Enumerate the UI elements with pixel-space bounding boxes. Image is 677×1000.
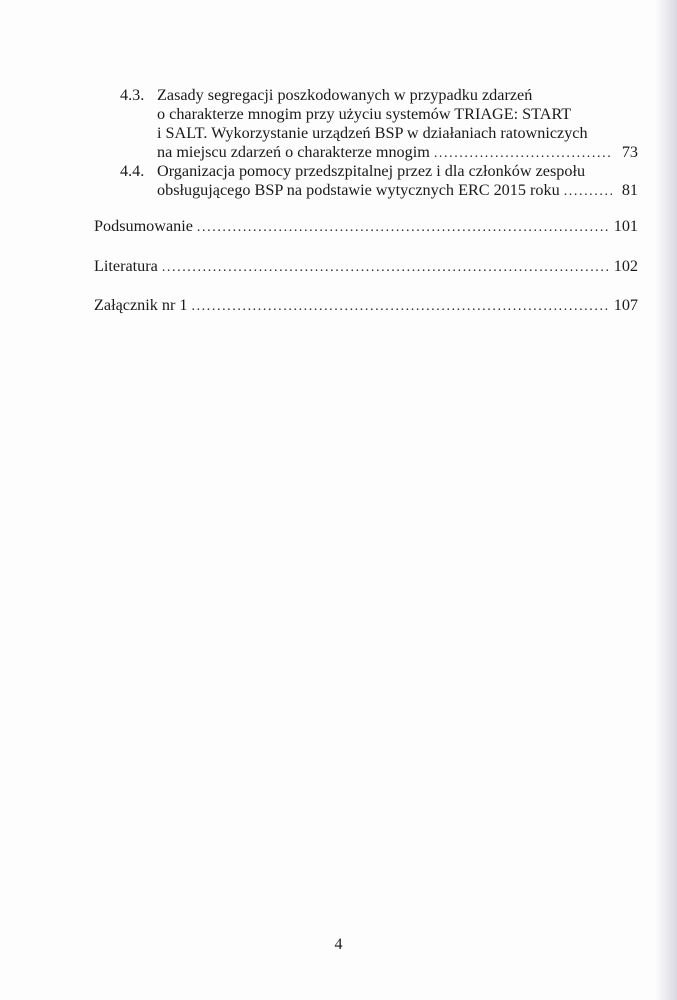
dot-leader <box>564 183 612 201</box>
toc-entry-title: Załącznik nr 1 <box>94 296 187 314</box>
toc-entry-literatura[interactable]: Literatura 102 <box>94 257 638 277</box>
dot-leader <box>191 298 609 316</box>
toc-entry-title: Literatura <box>94 257 158 275</box>
dot-leader <box>162 259 610 277</box>
toc-page-number: 107 <box>614 296 638 314</box>
toc-entry-line: o charakterze mnogim przy użyciu systemó… <box>157 105 571 123</box>
toc-page-number: 102 <box>614 257 638 275</box>
toc-entry-line: Zasady segregacji poszkodowanych w przyp… <box>157 86 532 104</box>
toc-entry-zalacznik[interactable]: Załącznik nr 1 107 <box>94 296 638 316</box>
toc-entry-line: Organizacja pomocy przedszpitalnej przez… <box>157 162 585 180</box>
page-number: 4 <box>0 936 677 954</box>
dot-leader <box>434 145 612 163</box>
dot-leader <box>197 219 610 237</box>
toc-entry-last-line: na miejscu zdarzeń o charakterze mnogim … <box>157 143 638 163</box>
toc-entry-line: na miejscu zdarzeń o charakterze mnogim <box>157 143 430 161</box>
toc-entry-podsumowanie[interactable]: Podsumowanie 101 <box>94 217 638 237</box>
toc-entry-last-line: obsługującego BSP na podstawie wytycznyc… <box>157 181 638 201</box>
toc-entry-number: 4.4. <box>120 162 144 180</box>
page-edge-shadow <box>655 0 677 1000</box>
toc-entry-line: i SALT. Wykorzystanie urządzeń BSP w dzi… <box>157 124 588 142</box>
toc-entry-title: Podsumowanie <box>94 217 193 235</box>
toc-page-number: 73 <box>616 143 638 161</box>
toc-entry-line: obsługującego BSP na podstawie wytycznyc… <box>157 181 560 199</box>
toc-page-number: 81 <box>616 181 638 199</box>
toc-entry-number: 4.3. <box>120 86 144 104</box>
toc-page-number: 101 <box>614 217 638 235</box>
